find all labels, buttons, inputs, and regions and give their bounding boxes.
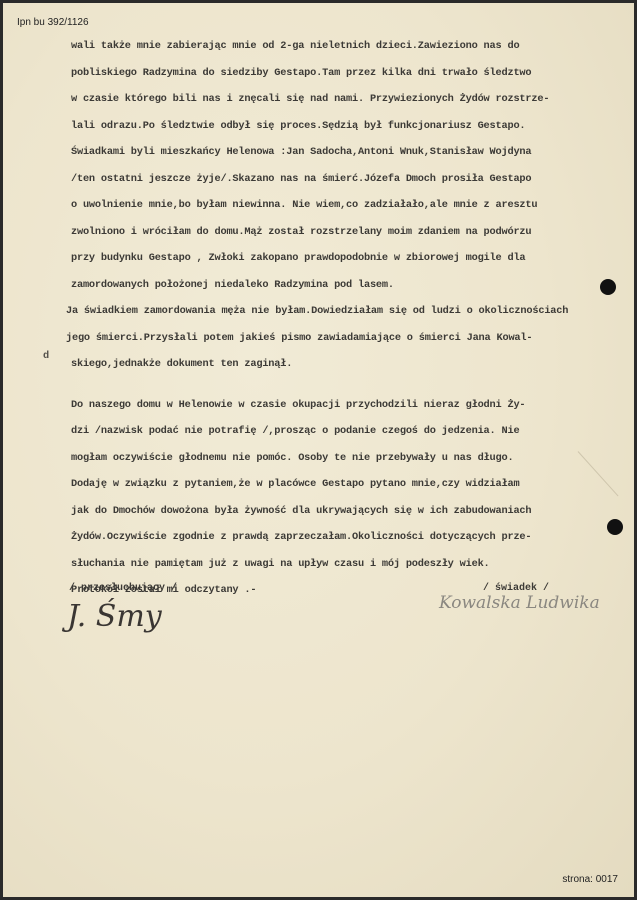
witness-signature: Kowalska Ludwika (439, 593, 600, 613)
text-line: Dodaję w związku z pytaniem,że w placówc… (71, 478, 637, 505)
text-line: wali także mnie zabierając mnie od 2-ga … (71, 40, 637, 67)
text-line: o uwolnienie mnie,bo byłam niewinna. Nie… (71, 199, 637, 226)
punch-hole (600, 279, 616, 295)
margin-mark: d (43, 350, 49, 362)
text-line: jego śmierci.Przysłali potem jakieś pism… (66, 332, 637, 359)
text-line: lali odrazu.Po śledztwie odbył się proce… (71, 120, 637, 147)
text-line: pobliskiego Radzymina do siedziby Gestap… (71, 67, 637, 94)
text-line: zamordowanych położonej niedaleko Radzym… (71, 279, 637, 306)
archive-reference: Ipn bu 392/1126 (17, 17, 89, 28)
text-line: mogłam oczywiście głodnemu nie pomóc. Os… (71, 452, 637, 479)
text-line: zwolniono i wróciłam do domu.Mąż został … (71, 226, 637, 253)
text-line: Świadkami byli mieszkańcy Helenowa :Jan … (71, 146, 637, 173)
page-number: strona: 0017 (562, 874, 618, 885)
text-line: w czasie którego bili nas i znęcali się … (71, 93, 637, 120)
text-line: Do naszego domu w Helenowie w czasie oku… (71, 399, 637, 426)
text-line: przy budynku Gestapo , Zwłoki zakopano p… (71, 252, 637, 279)
punch-hole (607, 519, 623, 535)
text-line: słuchania nie pamiętam już z uwagi na up… (71, 558, 637, 585)
interrogator-signature: J. Śmy (67, 599, 162, 634)
typed-text-body: wali także mnie zabierając mnie od 2-ga … (71, 40, 637, 611)
text-line: jak do Dmochów dowożona była żywność dla… (71, 505, 637, 532)
text-line: skiego,jednakże dokument ten zaginął. (71, 358, 637, 385)
text-line: Żydów.Oczywiście zgodnie z prawdą zaprze… (71, 531, 637, 558)
text-line: /ten ostatni jeszcze żyje/.Skazano nas n… (71, 173, 637, 200)
interrogator-label: / przesłuchujący / (69, 583, 177, 594)
document-page: Ipn bu 392/1126 wali także mnie zabieraj… (0, 0, 637, 900)
text-line: dzi /nazwisk podać nie potrafię /,proszą… (71, 425, 637, 452)
text-line: Ja świadkiem zamordowania męża nie byłam… (66, 305, 637, 332)
